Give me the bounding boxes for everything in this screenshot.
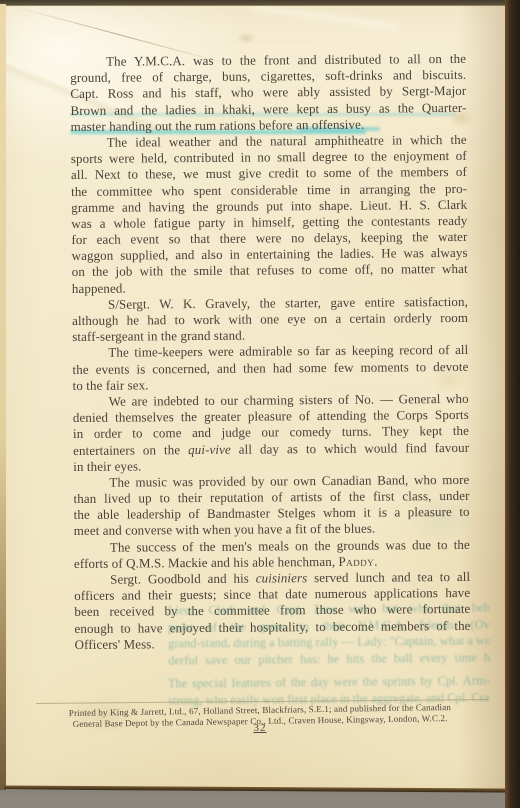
text-run: The Y.M.C.A. was to the front and distri…: [106, 51, 466, 69]
scanned-page-background: The Y.M.C.A. was to the front and distri…: [0, 0, 520, 808]
text-run: denied themselves the greater pleasure o…: [73, 407, 469, 425]
text-run: entertainers on the: [73, 442, 188, 458]
text-run: The music was provided by our own Canadi…: [109, 472, 469, 490]
text-run: happened.: [72, 280, 126, 295]
ghost-text-block: Lieut. Clark and Capt. Low was: but who …: [168, 599, 491, 668]
text-run: We are indebted to our charming sisters …: [109, 391, 469, 409]
text-run: served lunch and tea to all: [307, 569, 470, 585]
text-run: was a whole fatigue party in himself, ge…: [71, 213, 467, 231]
text-line: Brown and the ladies in khaki, were kept…: [70, 99, 466, 118]
paragraph: We are indebted to our charming sisters …: [73, 391, 470, 475]
paragraph: The time-keepers were admirable so far a…: [72, 342, 468, 394]
text-run: in their eyes.: [73, 458, 141, 474]
text-run: efforts of Q.M.S. Mackie and his able he…: [74, 554, 339, 571]
text-run: S/Sergt. W. K. Gravely, the starter, gav…: [108, 294, 468, 312]
paragraph: The music was provided by our own Canadi…: [73, 472, 469, 540]
text-run: The ideal weather and the natural amphit…: [107, 132, 467, 150]
text-run: qui-vive: [188, 441, 231, 456]
text-run: Paddy: [338, 553, 374, 568]
text-run: The time-keepers were admirable so far a…: [108, 342, 468, 360]
page-edge-top: [0, 0, 520, 6]
text-run: sports were held, contributed in no smal…: [71, 148, 467, 166]
text-run: to the fair sex.: [73, 377, 149, 393]
foxing-stain: [236, 32, 256, 44]
ghost-text-line: derful save our pitcher has: he hits the…: [168, 649, 490, 669]
text-run: gramme and having the grounds put into s…: [71, 197, 467, 215]
text-run: although he had to work with one eye on …: [72, 310, 468, 328]
text-run: all day as to which would find favour: [231, 439, 469, 456]
page-number: 32: [70, 722, 450, 734]
text-run: The success of the men's meals on the gr…: [110, 536, 470, 554]
scanner-background-bottom: [0, 793, 520, 808]
page-edge-left: [0, 4, 6, 790]
text-run: meet and converse with when you have a f…: [74, 521, 376, 538]
text-run: in order to come and judge our comedy tu…: [73, 423, 469, 441]
text-run: on the job with the smile that refuses t…: [72, 261, 468, 279]
paper-crease: [250, 2, 400, 33]
page-edge-right: [505, 0, 520, 808]
text-run: .: [374, 553, 377, 568]
text-run: Sergt. Goodbold and his: [110, 571, 256, 587]
text-run: master handing out the rum rations befor…: [71, 116, 365, 133]
text-run: than lived up to their reputation of art…: [73, 488, 469, 506]
text-run: cuisiniers: [256, 570, 308, 585]
text-run: Brown and the ladies in khaki, were kept…: [70, 99, 466, 117]
text-run: the committee who spent considerable tim…: [71, 180, 467, 198]
paragraph: The ideal weather and the natural amphit…: [71, 132, 468, 297]
paragraph: The success of the men's meals on the gr…: [74, 536, 470, 571]
paragraph: The Y.M.C.A. was to the front and distri…: [70, 51, 467, 135]
text-line: although he had to work with one eye on …: [72, 310, 468, 329]
text-run: for each event so that there were no del…: [71, 229, 467, 247]
text-block: The Y.M.C.A. was to the front and distri…: [70, 51, 471, 653]
text-run: Officers' Mess.: [75, 636, 155, 652]
text-run: all. Next to these, we must give credit …: [71, 164, 467, 182]
paragraph: S/Sergt. W. K. Gravely, the starter, gav…: [72, 294, 468, 346]
text-run: ground, free of charge, buns, cigarettes…: [70, 67, 466, 85]
text-run: the events is concerned, and then had so…: [72, 358, 468, 376]
text-line: entertainers on the qui-vive all day as …: [73, 439, 469, 458]
text-run: Capt. Ross and his staff, who were ably …: [70, 83, 466, 101]
text-run: waggon supplied, and also in entertainin…: [72, 245, 468, 263]
text-line: on the job with the smile that refuses t…: [72, 261, 468, 280]
text-run: the able leadership of Bandmaster Stelge…: [74, 504, 470, 522]
text-line: The success of the men's meals on the gr…: [74, 536, 470, 555]
text-line: the events is concerned, and then had so…: [72, 358, 468, 377]
text-run: staff-sergeant in the grand stand.: [72, 328, 245, 344]
